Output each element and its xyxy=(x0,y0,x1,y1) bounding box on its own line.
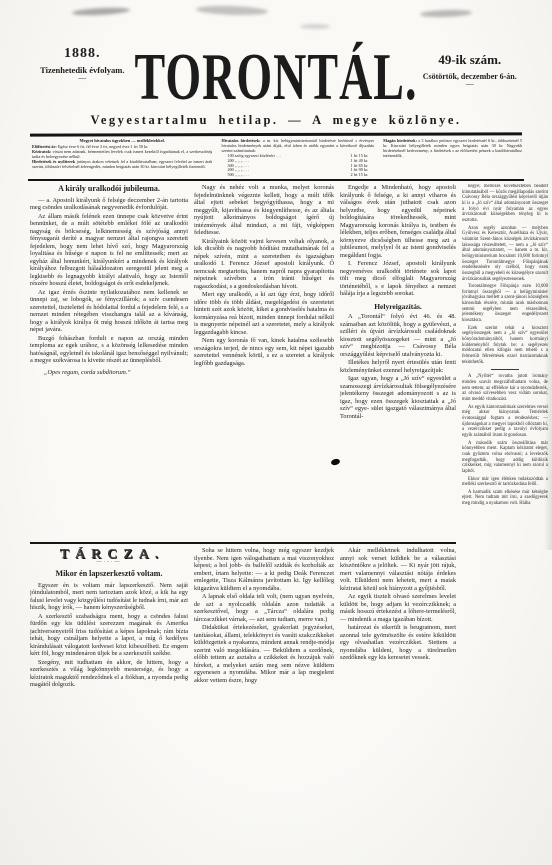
ornament: —·◦·— xyxy=(30,559,188,567)
article-paragraph: Az állam másik felének ezen ünnepe csak … xyxy=(30,213,188,288)
ad-rate-table: 100 szóig egyszeri közlésért . . .1 frt … xyxy=(221,154,374,178)
article-paragraph: Királyaink között vajmi kevesen voltak o… xyxy=(194,238,334,291)
small-print-paragraph: Ekkor már igen élénken tudakozódtak a me… xyxy=(462,477,548,488)
tagline: Vegyestartalmu hetilap. — A megye közlön… xyxy=(0,113,552,128)
story-paragraph: határozat és sikerült is beugratnom, mer… xyxy=(340,624,456,662)
infobar-rule xyxy=(28,179,524,181)
rate-value: 2 frt 15 kr. xyxy=(350,173,368,178)
correction-headline: Helyreigazítás. xyxy=(340,303,456,311)
article-paragraph: A „Torontál“ folyó évi 46. és 48. számai… xyxy=(340,313,456,358)
small-print-paragraph: Azon segély azonban — melyben Gyülvész é… xyxy=(462,226,548,283)
scan-smudge xyxy=(420,9,472,18)
issue-number: 49-ik szám. xyxy=(417,52,522,68)
article-paragraph: Nagy és nehéz volt a munka, melyet koron… xyxy=(194,184,334,237)
article-paragraph: I. Ferencz József, apostoli királyunk ne… xyxy=(340,260,456,298)
article-headline: A király uralkodói jubileuma. xyxy=(30,185,188,193)
story-paragraph: Akár mellékletnek indulhatott volna, ann… xyxy=(340,547,456,592)
upper-section: A király uralkodói jubileuma. — a. Apost… xyxy=(30,184,456,540)
masthead-right: 49-ik szám. Csötörtök, deczember 6-án. — xyxy=(417,52,522,87)
story-paragraph: Szegény, mit tudhattam én akkor, de hitt… xyxy=(30,659,188,689)
article-paragraph: — a. Apostoli királyunk ő felsége deczem… xyxy=(30,197,188,212)
column-3-feuilleton: Akár mellékletnek indulhatott volna, ann… xyxy=(340,547,456,865)
small-print-paragraph: A „Nyíltér“ rovatba jutott iromány minde… xyxy=(462,374,548,402)
scan-smudge xyxy=(300,24,330,29)
story-paragraph: A szerkesztő szabadságra ment, hogy a cs… xyxy=(30,613,188,658)
masthead-left: 1888. Tizenhetedik évfolyam. — xyxy=(30,46,135,81)
story-paragraph: Az egyik tisztelt olvasó szerelmes level… xyxy=(340,593,456,623)
masthead: 1888. Tizenhetedik évfolyam. — TORONTÁL.… xyxy=(30,30,522,91)
ads-info: Hirdetések és nyíltterek jutányos árakon… xyxy=(32,159,212,169)
article-paragraph: Az igaz érzés őszinte nyilatkozatához ne… xyxy=(30,289,188,334)
column-1-feuilleton: TÁRCZA. —·◦·— Mikor én lapszerkesztő vol… xyxy=(30,547,188,865)
article-paragraph: Buzgó fohászban fordult e napon az orszá… xyxy=(30,335,188,365)
small-print-paragraph: A harmadik szám elkésése már kétségbe ej… xyxy=(462,490,548,507)
newspaper-title: TORONTÁL. xyxy=(135,38,418,115)
page-body: A király uralkodói jubileuma. — a. Apost… xyxy=(30,184,548,865)
story-paragraph: Didaktikai értekezéseket, gyakorlati jeg… xyxy=(194,624,334,684)
manuscripts-info: Kéziratok: vissza nem adatnak, bérmentet… xyxy=(32,149,212,159)
column-3: Engedje a Mindenható, hogy apostoli kirá… xyxy=(340,184,456,540)
column-2: Nagy és nehéz volt a munka, melyet koron… xyxy=(194,184,334,540)
official-ads-info: Hivatalos hirdetések: a m. kir. belügymi… xyxy=(221,138,374,178)
column-2-feuilleton: Soha se hittem volna, hogy még egyszer k… xyxy=(194,547,334,865)
year-label: 1888. xyxy=(30,46,135,62)
column-1-lead-article: A király uralkodói jubileuma. — a. Apost… xyxy=(30,184,188,540)
column-4-small-print: hegye; mellőzés következtében beadott ki… xyxy=(462,184,548,865)
small-print-paragraph: Ezek szerint tehát a kiosztott segélyöss… xyxy=(462,326,548,366)
feuilleton-divider-rule xyxy=(30,542,456,544)
story-headline: Mikor én lapszerkesztő voltam. xyxy=(30,570,188,578)
section-divider-rule xyxy=(491,369,519,370)
scan-smudge xyxy=(72,6,130,16)
small-print-paragraph: hegye; mellőzés következtében beadott ki… xyxy=(462,184,548,224)
small-print-paragraph: Az egyik kántortanítónak szerelmes verse… xyxy=(462,405,548,439)
article-paragraph: Engedje a Mindenható, hogy apostoli kirá… xyxy=(340,184,456,259)
feuilleton-section: TÁRCZA. —·◦·— Mikor én lapszerkesztő vol… xyxy=(30,547,456,865)
scan-smudge xyxy=(196,5,268,17)
small-print-paragraph: A második szám összeállítása már könnyeb… xyxy=(462,441,548,475)
official-note: Megyei hivatalos ügyekben — mellékletekk… xyxy=(32,138,212,143)
rate-row: 500 „ „ „ . . .2 frt 15 kr. xyxy=(227,173,368,178)
private-ads-info: Magán hirdetések: a 3 hasábos petitsor e… xyxy=(383,138,522,178)
small-print-paragraph: Torontálmegye Főispánja ezen 10,000 fori… xyxy=(462,284,548,324)
rate-label: 500 „ „ „ . . . xyxy=(227,173,248,178)
info-bar: Megyei hivatalos ügyekben — mellékletekk… xyxy=(32,138,522,178)
article-paragraph: Nem egy koronás fő van, kinek hatalma sz… xyxy=(194,337,334,367)
article-paragraph: Mert egy uralkodó, a ki azt úgy érzi, ho… xyxy=(194,291,334,336)
latin-quote: „Opes regum, corda subditorum.“ xyxy=(30,369,188,377)
divider-dash: — xyxy=(30,75,135,81)
divider-dash: — xyxy=(417,81,522,87)
story-paragraph: Soha se hittem volna, hogy még egyszer k… xyxy=(194,547,334,592)
article-paragraph: Illetékes helyről nyert értesülés után f… xyxy=(340,359,456,374)
subscription-info: Megyei hivatalos ügyekben — mellékletekk… xyxy=(32,138,212,178)
feuilleton-section-title: TÁRCZA. xyxy=(30,551,188,559)
story-paragraph: Egyszer én is voltam már lapszerkesztő. … xyxy=(30,582,188,612)
story-paragraph: A lapnak első oldala teli volt, (nem ugy… xyxy=(194,593,334,623)
article-paragraph: Igaz ugyan, hogy a „Jó szív“ egyesület a… xyxy=(340,375,456,420)
newspaper-page: 1888. Tizenhetedik évfolyam. — TORONTÁL.… xyxy=(0,0,552,865)
manuscripts-text: vissza nem adatnak, bérmentetlen levelek… xyxy=(32,149,212,159)
main-columns: A király uralkodói jubileuma. — a. Apost… xyxy=(30,184,456,865)
masthead-rule xyxy=(30,132,522,136)
